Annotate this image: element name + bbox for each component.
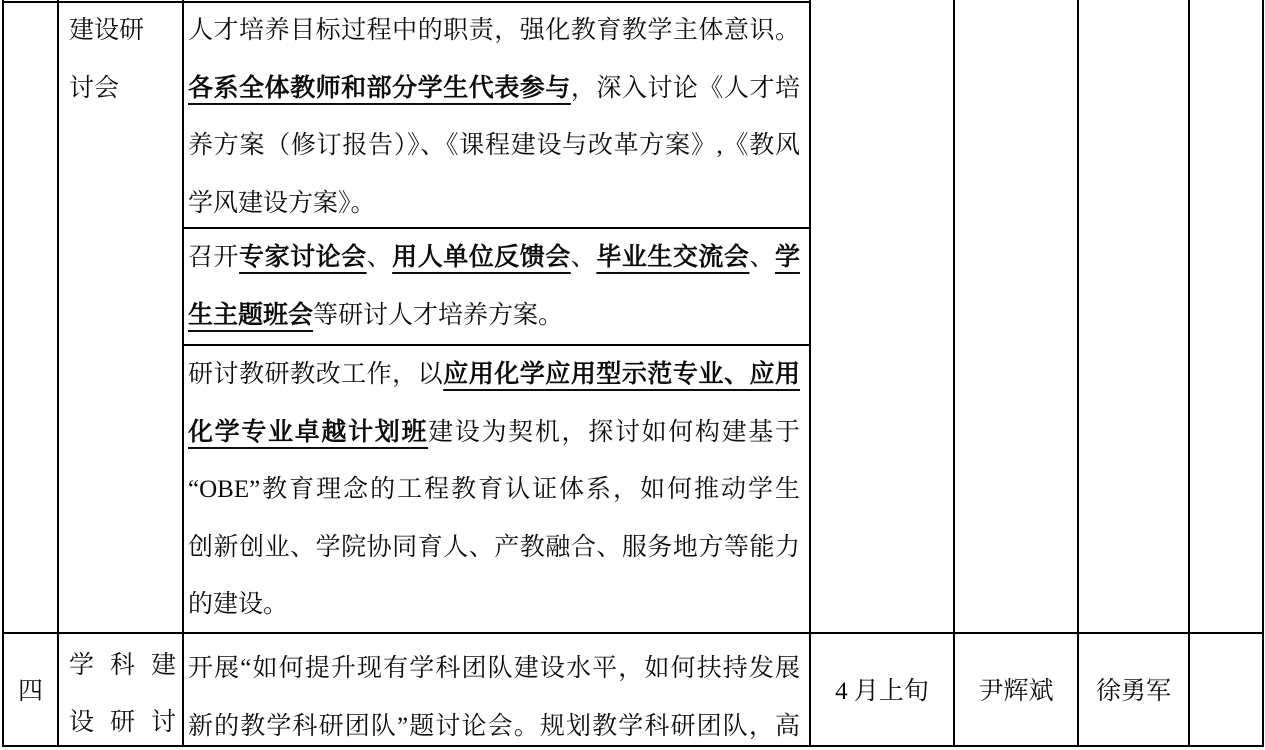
text-character: 学 — [69, 645, 94, 681]
text-character: 建 — [151, 645, 176, 681]
text-line: 新的教学科研团队”题讨论会。规划教学科研团队，高 — [188, 698, 800, 747]
text-line: 建设研 — [69, 2, 182, 60]
cell-assist-top-empty — [1079, 2, 1188, 632]
text-line: 的建设。 — [188, 576, 800, 634]
text-line: 生主题班会等研讨人才培养方案。 — [188, 287, 800, 345]
text-line: 养方案（修订报告）》、《课程建设与改革方案》,《教风 — [188, 117, 800, 175]
text-segment-emphasis: 应用化学应用型示范专业、应用 — [443, 361, 800, 388]
text-character: 设 — [69, 702, 94, 738]
text-segment-emphasis: 用人单位反馈会 — [392, 244, 571, 271]
text-segment: 、 — [749, 244, 775, 271]
table-border-right — [1262, 0, 1264, 747]
cell-assist-person-row-four: 徐勇军 — [1079, 633, 1188, 745]
text-line: 研讨教研教改工作，以应用化学应用型示范专业、应用 — [188, 346, 800, 404]
text-line: 化学专业卓越计划班建设为契机，探讨如何构建基于 — [188, 404, 800, 462]
text-line: 人才培养目标过程中的职责，强化教育教学主体意识。 — [188, 2, 800, 60]
text-segment: 创新创业、学院协同育人、产教融合、服务地方等能力 — [188, 534, 800, 561]
text-segment: 研讨教研教改工作，以 — [188, 361, 443, 388]
cell-content-block-1: 人才培养目标过程中的职责，强化教育教学主体意识。各系全体教师和部分学生代表参与，… — [184, 2, 809, 227]
assist-person-name: 徐勇军 — [1096, 671, 1171, 707]
text-character: 科 — [110, 645, 135, 681]
text-segment: 建设研 — [69, 17, 144, 44]
item-name-line: 设研讨 — [69, 692, 176, 747]
text-line: 开展“如何提升现有学科团队建设水平，如何扶持发展 — [188, 640, 800, 698]
text-segment: 等研讨人才培养方案。 — [313, 302, 563, 329]
text-segment: “OBE”教育理念的工程教育认证体系，如何推动学生 — [188, 476, 800, 503]
text-segment: 开展“如何提升现有学科团队建设水平，如何扶持发展 — [188, 655, 800, 682]
row-index-label: 四 — [18, 671, 43, 707]
text-segment: 人才培养目标过程中的职责，强化教育教学主体意识。 — [188, 17, 800, 44]
cell-date-top-empty — [811, 2, 953, 632]
cell-date-row-four: 4 月上旬 — [811, 633, 953, 745]
document-page: 建设研讨会 人才培养目标过程中的职责，强化教育教学主体意识。各系全体教师和部分学… — [0, 0, 1265, 750]
text-segment-emphasis: 各系全体教师和部分学生代表参与 — [188, 75, 571, 102]
text-segment: 、 — [367, 244, 393, 271]
text-segment: 新的教学科研团队”题讨论会。规划教学科研团队，高 — [188, 713, 800, 740]
cell-lead-top-empty — [955, 2, 1077, 632]
text-segment: 召开 — [188, 244, 239, 271]
text-character: 讨 — [151, 702, 176, 738]
text-line: “OBE”教育理念的工程教育认证体系，如何推动学生 — [188, 461, 800, 519]
cell-content-row-four: 开展“如何提升现有学科团队建设水平，如何扶持发展新的教学科研团队”题讨论会。规划… — [184, 633, 809, 746]
text-segment-emphasis: 专家讨论会 — [239, 244, 367, 271]
text-segment: ，深入讨论《人才培 — [571, 75, 800, 102]
cell-content-block-3: 研讨教研教改工作，以应用化学应用型示范专业、应用化学专业卓越计划班建设为契机，探… — [184, 346, 809, 631]
text-segment: 、 — [571, 244, 597, 271]
text-segment-emphasis: 学 — [775, 244, 800, 271]
text-segment-emphasis: 化学专业卓越计划班 — [188, 419, 428, 446]
lead-person-name: 尹辉斌 — [978, 671, 1053, 707]
cell-row-index: 四 — [4, 633, 57, 745]
text-segment: 学风建设方案》。 — [188, 190, 376, 217]
text-segment: 的建设。 — [188, 591, 288, 618]
cell-content-block-2: 召开专家讨论会、用人单位反馈会、毕业生交流会、学生主题班会等研讨人才培养方案。 — [184, 229, 809, 343]
text-segment-emphasis: 毕业生交流会 — [596, 244, 749, 271]
text-line: 学风建设方案》。 — [188, 175, 800, 233]
cell-item-name-top: 建设研讨会 — [59, 2, 182, 222]
cell-lead-person-row-four: 尹辉斌 — [955, 633, 1077, 745]
text-line: 讨会 — [69, 60, 182, 118]
text-line: 各系全体教师和部分学生代表参与，深入讨论《人才培 — [188, 60, 800, 118]
item-name-line: 学科建 — [69, 634, 176, 692]
cell-item-name-row-four: 学科建 设研讨 — [59, 634, 182, 746]
text-segment-emphasis: 生主题班会 — [188, 302, 313, 329]
text-segment: 讨会 — [69, 75, 119, 102]
text-segment: 建设为契机，探讨如何构建基于 — [428, 419, 800, 446]
cell-index-top-empty — [4, 2, 57, 632]
cell-last-column-empty — [1190, 2, 1262, 745]
text-character: 研 — [110, 702, 135, 738]
date-value: 4 月上旬 — [835, 671, 929, 707]
text-line: 召开专家讨论会、用人单位反馈会、毕业生交流会、学 — [188, 229, 800, 287]
text-segment: 养方案（修订报告）》、《课程建设与改革方案》,《教风 — [188, 132, 800, 159]
text-line: 创新创业、学院协同育人、产教融合、服务地方等能力 — [188, 519, 800, 577]
